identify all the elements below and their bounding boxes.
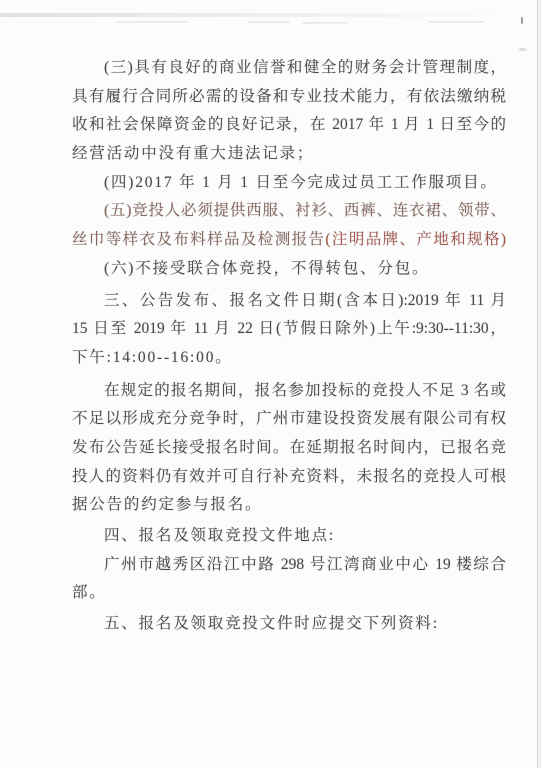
doc-line-item4: (四)2017 年 1 月 1 日至今完成过员工工作服项目。 [72,169,506,198]
doc-line: 丝巾等样衣及布料样品及检测报告(注明品牌、产地和规格) [72,226,506,255]
doc-line: 收和社会保障资金的良好记录，在 2017 年 1 月 1 日至今的 [72,111,506,140]
doc-line: 经营活动中没有重大违法记录； [72,140,506,169]
doc-line: 据公告的约定参与报名。 [72,491,506,520]
doc-line: 发布公告延长接受报名时间。在延期报名时间内，已报名竞 [72,434,506,463]
scan-smudge [302,22,348,24]
scan-page-edge [538,0,542,768]
scan-speck [519,48,526,51]
doc-line-item3: (三)具有良好的商业信誉和健全的财务会计管理制度， [72,54,506,83]
doc-line: 15 日至 2019 年 11 月 22 日(节假日除外)上午:9:30--11… [72,315,506,344]
scan-speck [521,17,523,24]
doc-line: 广州市越秀区沿江中路 298 号江湾商业中心 19 楼综合 [72,551,506,580]
doc-line-section3: 三、公告发布、报名文件日期(含本日):2019 年 11 月 [72,287,506,316]
doc-line: 部。 [72,579,506,608]
doc-line-text: 丝巾等样衣及布料样品及检测报告 [72,231,325,248]
scan-smudge [248,21,290,23]
scan-shadow-band [0,13,515,17]
doc-line-section5: 五、报名及领取竞投文件时应提交下列资料: [72,610,506,639]
doc-line: 在规定的报名期间，报名参加投标的竞投人不足 3 名或 [72,377,506,406]
document-text-block: (三)具有良好的商业信誉和健全的财务会计管理制度， 具有履行合同所必需的设备和专… [72,54,506,639]
scan-smudge [428,21,484,23]
doc-line-section4: 四、报名及领取竞投文件地点: [72,522,506,551]
doc-line-item5: (五)竞投人必须提供西服、衬衫、西裤、连衣裙、领带、 [72,197,506,226]
scanned-document-page: (三)具有良好的商业信誉和健全的财务会计管理制度， 具有履行合同所必需的设备和专… [0,0,542,768]
doc-line-note: (注明品牌、产地和规格) [325,231,506,248]
doc-line: 具有履行合同所必需的设备和专业技术能力，有依法缴纳税 [72,83,506,112]
doc-line: 下午:14:00--16:00。 [72,344,506,373]
scan-edge-line [537,0,538,768]
doc-line: 投人的资料仍有效并可自行补充资料，未报名的竞投人可根 [72,463,506,492]
doc-line: 不足以形成充分竞争时，广州市建设投资发展有限公司有权 [72,405,506,434]
doc-line-item6: (六)不接受联合体竞投，不得转包、分包。 [72,255,506,284]
scan-smudge [115,21,187,23]
